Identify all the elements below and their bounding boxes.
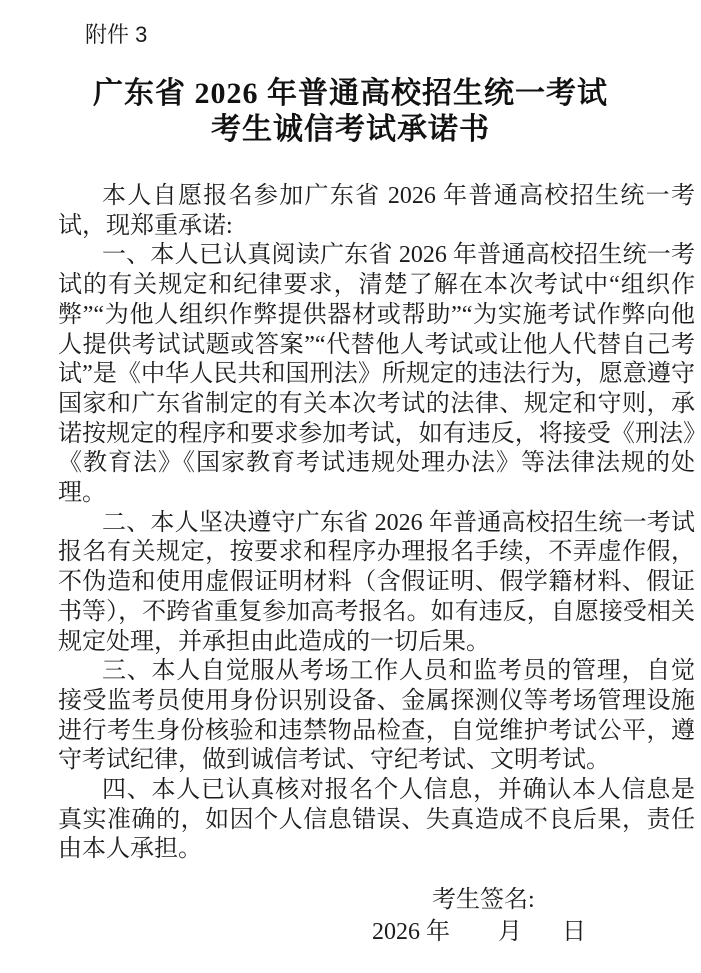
- document-body: 本人自愿报名参加广东省 2026 年普通高校招生统一考试，现郑重承诺: 一、本人…: [58, 182, 695, 865]
- attachment-label: 附件 3: [85, 22, 147, 48]
- signature-block: 考生签名: 2026 年 月 日: [58, 885, 695, 947]
- signature-date-line: 2026 年 月 日: [372, 917, 695, 947]
- paragraph-clause-4: 四、本人已认真核对报名个人信息，并确认本人信息是真实准确的，如因个人信息错误、失…: [58, 776, 695, 865]
- signature-date-day: 日: [562, 919, 586, 945]
- document-title-line2: 考生诚信考试承诺书: [0, 112, 701, 148]
- document-page: 附件 3 广东省 2026 年普通高校招生统一考试 考生诚信考试承诺书 本人自愿…: [0, 0, 701, 973]
- paragraph-intro: 本人自愿报名参加广东省 2026 年普通高校招生统一考试，现郑重承诺:: [58, 182, 695, 241]
- paragraph-clause-2: 二、本人坚决遵守广东省 2026 年普通高校招生统一考试报名有关规定，按要求和程…: [58, 509, 695, 658]
- signature-date-year: 2026 年: [372, 919, 450, 945]
- document-title-line1: 广东省 2026 年普通高校招生统一考试: [0, 76, 701, 112]
- paragraph-clause-3: 三、本人自觉服从考场工作人员和监考员的管理，自觉接受监考员使用身份识别设备、金属…: [58, 657, 695, 776]
- signature-label: 考生签名:: [432, 885, 695, 915]
- paragraph-clause-1: 一、本人已认真阅读广东省 2026 年普通高校招生统一考试的有关规定和纪律要求，…: [58, 241, 695, 508]
- signature-date-month: 月: [498, 919, 522, 945]
- document-title: 广东省 2026 年普通高校招生统一考试 考生诚信考试承诺书: [0, 76, 701, 148]
